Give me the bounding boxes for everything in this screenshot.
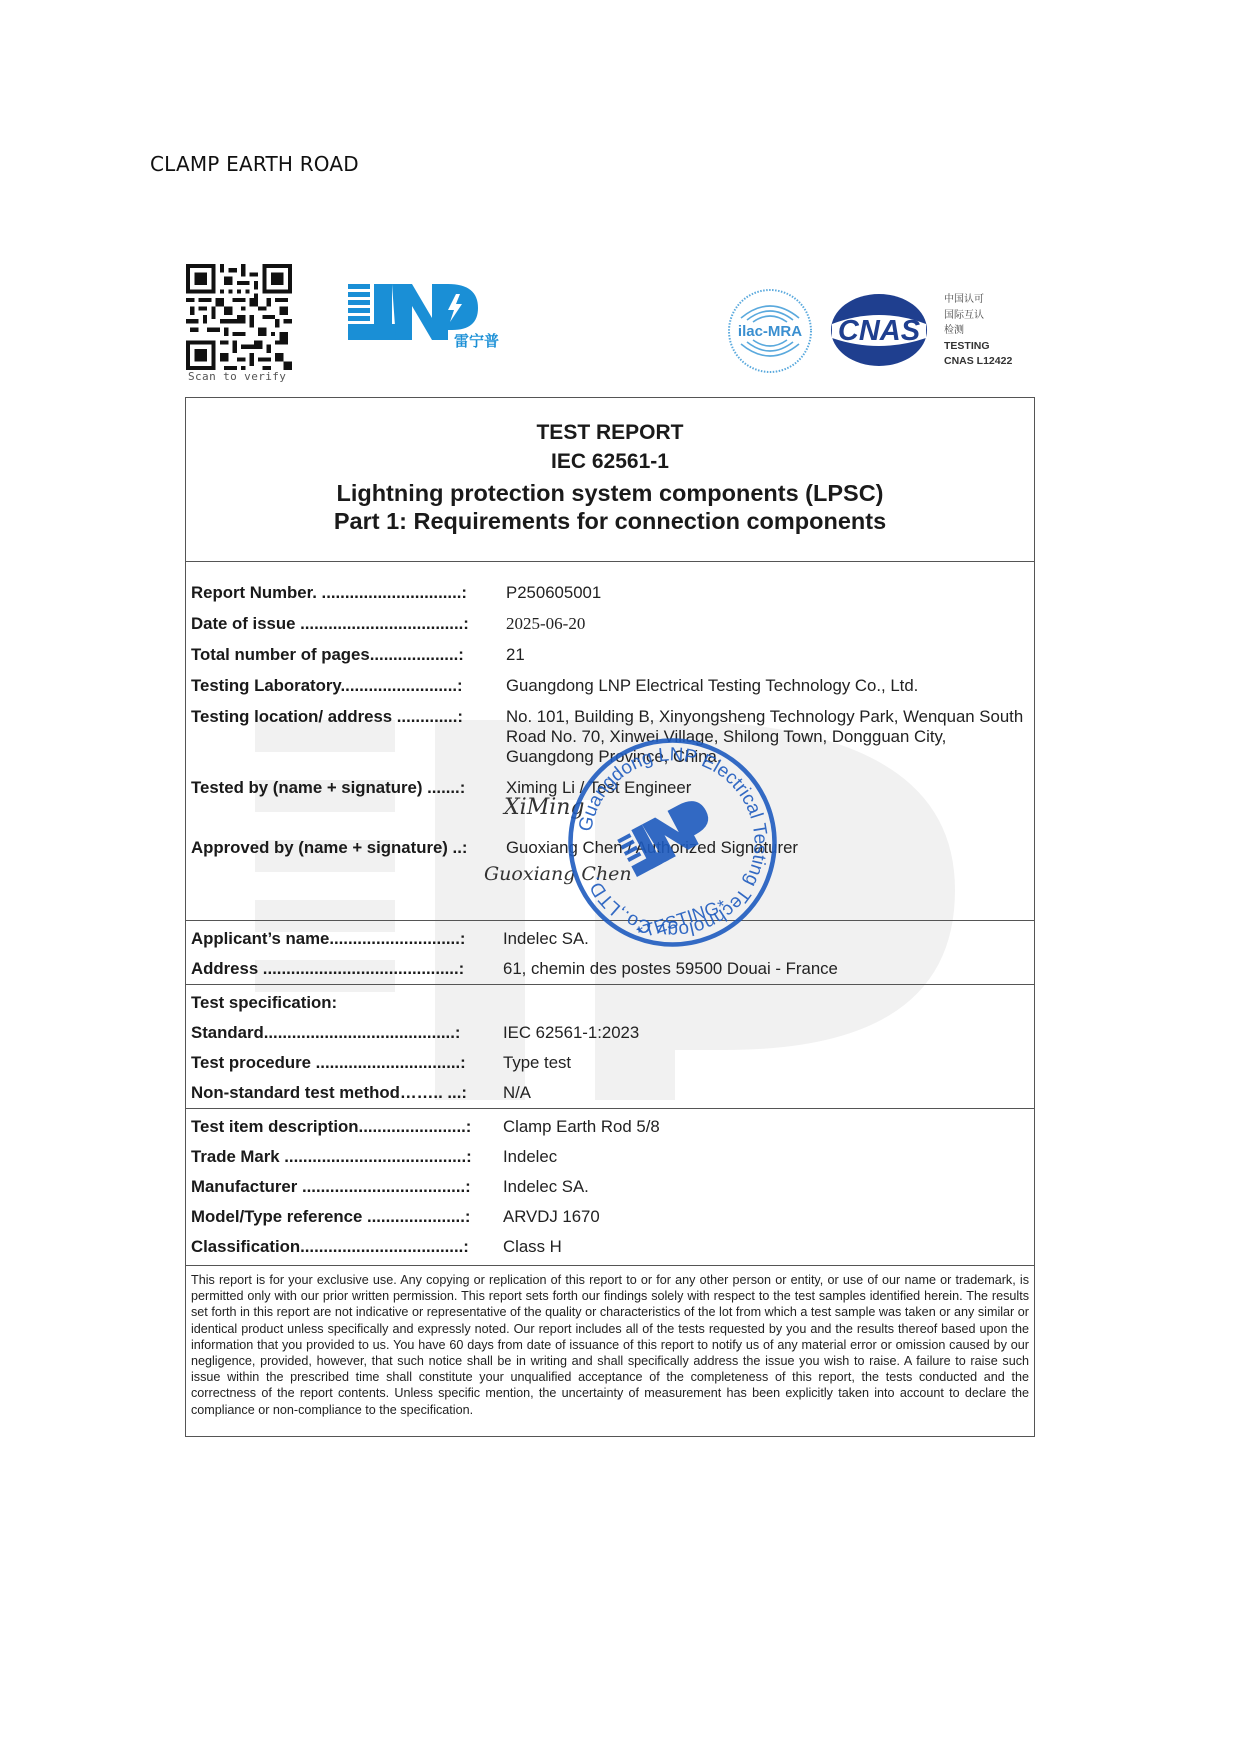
cnas-accreditation-text: 中国认可 国际互认 检测 TESTING CNAS L12422 bbox=[944, 292, 1012, 370]
disclaimer-text: This report is for your exclusive use. A… bbox=[186, 1266, 1034, 1436]
page-title: CLAMP EARTH ROAD bbox=[150, 152, 359, 176]
svg-text:CNAS: CNAS bbox=[838, 315, 921, 347]
test-specification-section: Test specification: Standard............… bbox=[186, 985, 1034, 1109]
report-standard: IEC 62561-1 bbox=[186, 450, 1034, 474]
svg-text:ilac-MRA: ilac-MRA bbox=[738, 323, 802, 340]
cnas-logo: CNAS bbox=[828, 292, 930, 368]
company-stamp: Guangdong LNP Electrical Testing Technol… bbox=[565, 735, 780, 950]
report-heading: TEST REPORT bbox=[186, 421, 1034, 445]
report-title: Lightning protection system components (… bbox=[186, 480, 1034, 507]
ilac-mra-logo: ilac-MRA bbox=[727, 288, 813, 374]
test-item-section: Test item description...................… bbox=[186, 1109, 1034, 1266]
qr-code[interactable] bbox=[186, 264, 292, 370]
report-subtitle: Part 1: Requirements for connection comp… bbox=[186, 508, 1034, 535]
lnp-logo: 雷宁普 bbox=[348, 282, 508, 350]
svg-text:雷宁普: 雷宁普 bbox=[454, 332, 499, 350]
report-header: TEST REPORT IEC 62561-1 Lightning protec… bbox=[186, 398, 1034, 562]
qr-caption: Scan to verify bbox=[188, 370, 286, 383]
